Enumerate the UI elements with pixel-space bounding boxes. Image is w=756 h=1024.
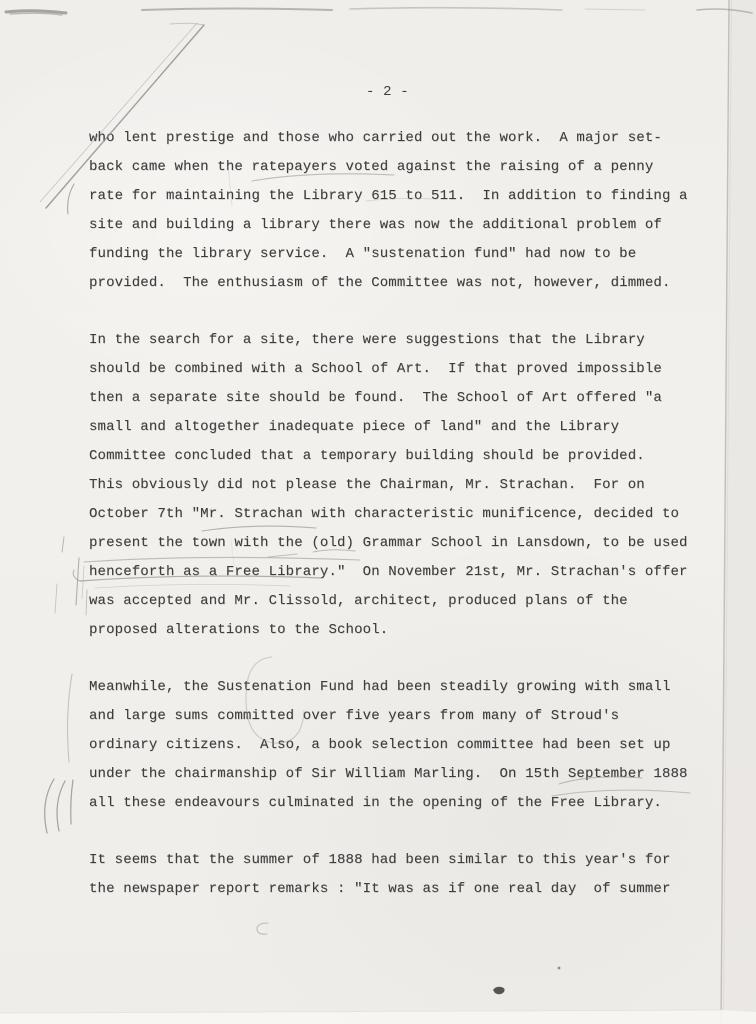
text-line: rate for maintaining the Library 615 to …	[89, 182, 688, 211]
text-line: henceforth as a Free Library." On Novemb…	[89, 558, 688, 587]
text-line: It seems that the summer of 1888 had bee…	[89, 846, 671, 875]
text-line: should be combined with a School of Art.…	[89, 355, 688, 384]
text-line: site and building a library there was no…	[89, 211, 688, 240]
text-line: the newspaper report remarks : "It was a…	[89, 875, 671, 904]
text-line: all these endeavours culminated in the o…	[89, 789, 688, 818]
text-line: present the town with the (old) Grammar …	[89, 529, 688, 558]
text-line: who lent prestige and those who carried …	[89, 124, 688, 153]
text-line: then a separate site should be found. Th…	[89, 384, 688, 413]
paragraph-2: In the search for a site, there were sug…	[89, 326, 688, 645]
text-line: and large sums committed over five years…	[89, 702, 688, 731]
document-page: - 2 - who lent prestige and those who ca…	[0, 0, 756, 1024]
text-line: In the search for a site, there were sug…	[89, 326, 688, 355]
text-line: This obviously did not please the Chairm…	[89, 471, 688, 500]
text-line: ordinary citizens. Also, a book selectio…	[89, 731, 688, 760]
text-line: October 7th "Mr. Strachan with character…	[89, 500, 688, 529]
paragraph-1: who lent prestige and those who carried …	[89, 124, 688, 298]
paragraph-3: Meanwhile, the Sustenation Fund had been…	[89, 673, 688, 818]
text-line: Meanwhile, the Sustenation Fund had been…	[89, 673, 688, 702]
text-line: was accepted and Mr. Clissold, architect…	[89, 587, 688, 616]
text-line: funding the library service. A "sustenat…	[89, 240, 688, 269]
text-line: proposed alterations to the School.	[89, 616, 688, 645]
typewritten-text-layer: - 2 - who lent prestige and those who ca…	[0, 0, 756, 1024]
text-line: small and altogether inadequate piece of…	[89, 413, 688, 442]
text-line: provided. The enthusiasm of the Committe…	[89, 269, 688, 298]
paragraph-4: It seems that the summer of 1888 had bee…	[89, 846, 671, 904]
text-line: under the chairmanship of Sir William Ma…	[89, 760, 688, 789]
text-line: Committee concluded that a temporary bui…	[89, 442, 688, 471]
page-number: - 2 -	[366, 84, 409, 100]
text-line: back came when the ratepayers voted agai…	[89, 153, 688, 182]
